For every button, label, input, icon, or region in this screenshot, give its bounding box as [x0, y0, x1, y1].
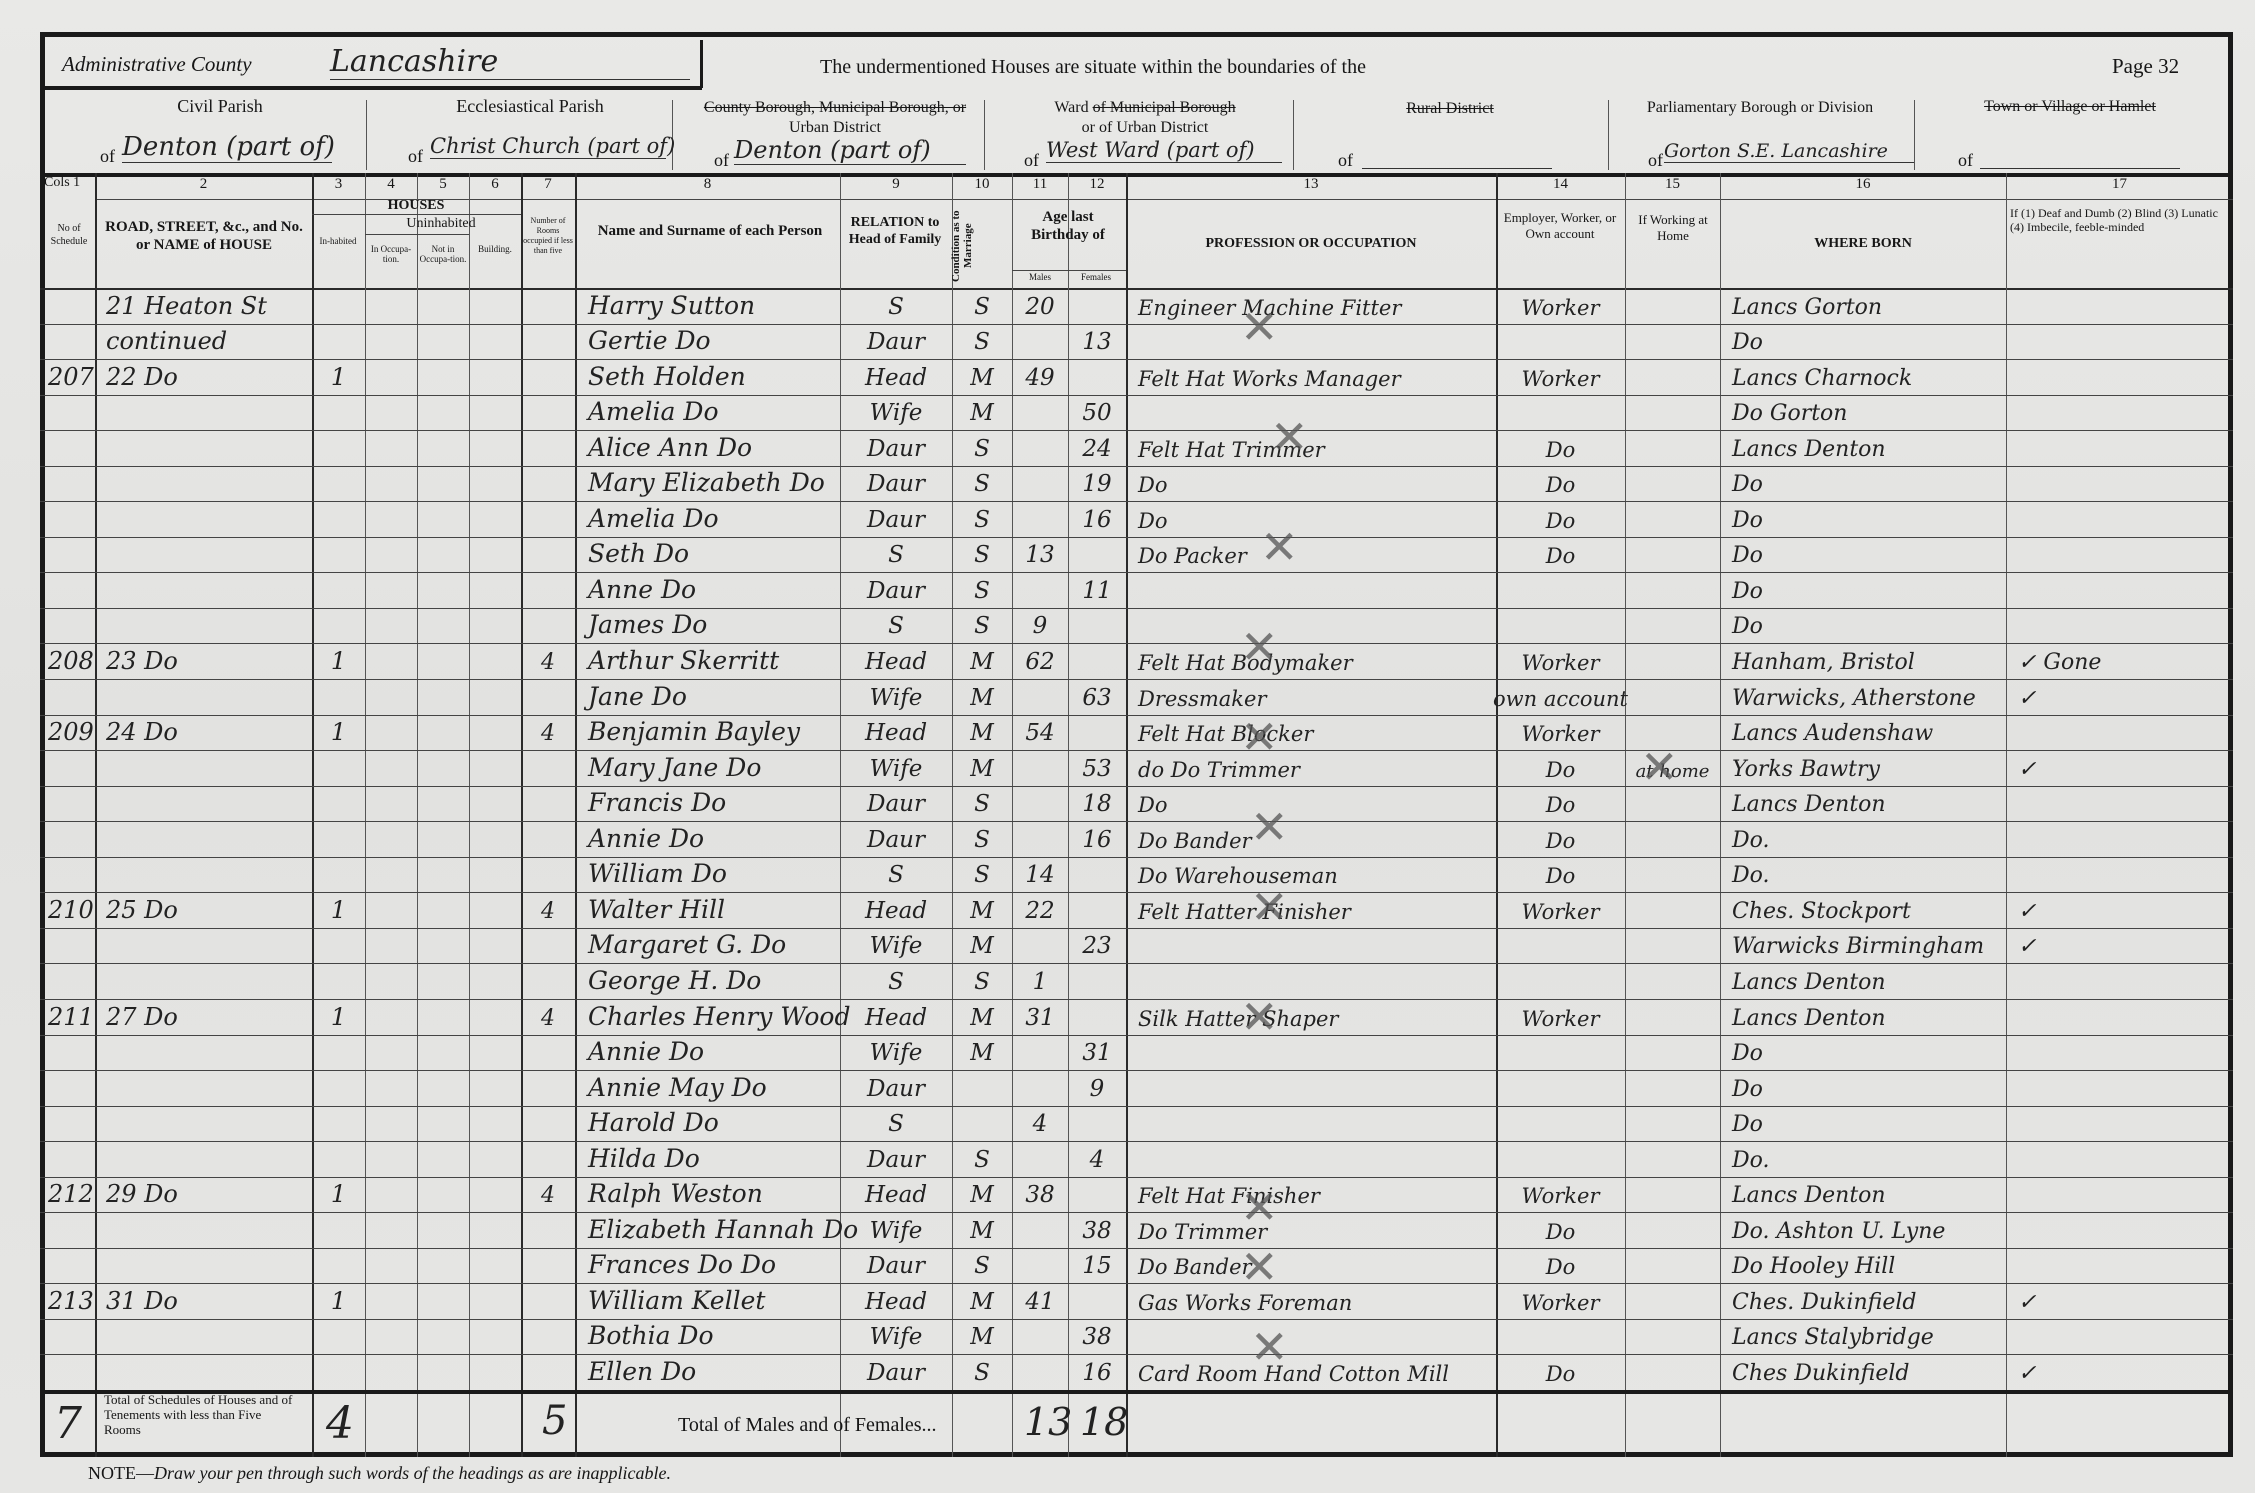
person-name: Charles Henry Wood: [580, 999, 840, 1035]
infirmity: [2010, 288, 2233, 324]
person-name: Annie Do: [580, 1035, 840, 1071]
male-age: [1012, 1354, 1068, 1390]
inhabited-count: [312, 1141, 365, 1177]
working-at-home: [1625, 572, 1720, 608]
admin-county-value: Lancashire: [330, 44, 690, 80]
birthplace: Do: [1724, 1106, 2006, 1142]
ward-value: West Ward (part of): [1046, 138, 1282, 163]
working-at-home: [1625, 1212, 1720, 1248]
relation: Daur: [840, 786, 952, 822]
road-address: [98, 466, 312, 502]
schedule-number: [40, 1106, 95, 1142]
working-at-home: at home: [1625, 750, 1720, 786]
infirmity: [2010, 359, 2233, 395]
person-name: Seth Do: [580, 537, 840, 573]
col-uninhabited-header: Uninhabited: [366, 216, 516, 232]
marital-condition: S: [952, 1354, 1012, 1390]
birthplace: Warwicks, Atherstone: [1724, 679, 2006, 715]
rooms-count: [521, 857, 575, 893]
column-number: 7: [521, 176, 575, 193]
infirmity: ✓: [2010, 928, 2233, 964]
road-address: [98, 1035, 312, 1071]
road-address: [98, 537, 312, 573]
female-age: 24: [1068, 430, 1126, 466]
schedule-number: [40, 679, 95, 715]
working-at-home: [1625, 501, 1720, 537]
male-age: [1012, 1070, 1068, 1106]
employer-status: [1496, 608, 1625, 644]
schedule-number: 213: [40, 1283, 95, 1319]
infirmity: [2010, 608, 2233, 644]
infirmity: [2010, 430, 2233, 466]
female-age: [1068, 288, 1126, 324]
employer-status: Worker: [1496, 643, 1625, 679]
male-age: 41: [1012, 1283, 1068, 1319]
relation: Daur: [840, 501, 952, 537]
working-at-home: [1625, 608, 1720, 644]
occupation: [1130, 324, 1496, 360]
relation: Wife: [840, 750, 952, 786]
relation: Head: [840, 715, 952, 751]
rooms-count: [521, 963, 575, 999]
employer-status: Worker: [1496, 359, 1625, 395]
female-age: [1068, 963, 1126, 999]
marital-condition: M: [952, 679, 1012, 715]
marital-condition: M: [952, 892, 1012, 928]
birthplace: Lancs Denton: [1724, 786, 2006, 822]
relation: Daur: [840, 572, 952, 608]
parliamentary-borough-value: Gorton S.E. Lancashire: [1664, 140, 1914, 163]
person-name: Amelia Do: [580, 395, 840, 431]
infirmity: [2010, 821, 2233, 857]
column-number: 5: [417, 176, 469, 193]
birthplace: Do: [1724, 324, 2006, 360]
person-name: James Do: [580, 608, 840, 644]
male-age: [1012, 395, 1068, 431]
birthplace: Do: [1724, 501, 2006, 537]
rooms-count: [521, 928, 575, 964]
female-age: 16: [1068, 1354, 1126, 1390]
birthplace: Do.: [1724, 857, 2006, 893]
relation: Daur: [840, 821, 952, 857]
ecclesiastical-parish-label: Ecclesiastical Parish: [410, 96, 650, 117]
total-schedules: 7: [54, 1398, 82, 1449]
column-number: 10: [952, 176, 1012, 193]
person-name: George H. Do: [580, 963, 840, 999]
urban-district-value: Denton (part of): [734, 136, 966, 165]
rooms-count: [521, 1248, 575, 1284]
birthplace: Do: [1724, 1070, 2006, 1106]
infirmity: [2010, 786, 2233, 822]
relation: Daur: [840, 466, 952, 502]
female-age: 16: [1068, 821, 1126, 857]
rooms-count: [521, 679, 575, 715]
birthplace: Lancs Stalybridge: [1724, 1319, 2006, 1355]
person-name: William Do: [580, 857, 840, 893]
marital-condition: S: [952, 324, 1012, 360]
male-age: [1012, 1248, 1068, 1284]
person-name: Anne Do: [580, 572, 840, 608]
infirmity: ✓ Gone: [2010, 643, 2233, 679]
marital-condition: M: [952, 643, 1012, 679]
road-address: 31 Do: [98, 1283, 312, 1319]
working-at-home: [1625, 1035, 1720, 1071]
inhabited-count: [312, 1070, 365, 1106]
female-age: 11: [1068, 572, 1126, 608]
birthplace: Do: [1724, 572, 2006, 608]
page-number: Page 32: [2112, 54, 2179, 79]
infirmity: [2010, 715, 2233, 751]
person-name: Francis Do: [580, 786, 840, 822]
person-name: Ellen Do: [580, 1354, 840, 1390]
working-at-home: [1625, 288, 1720, 324]
male-age: [1012, 501, 1068, 537]
marital-condition: S: [952, 1248, 1012, 1284]
female-age: [1068, 643, 1126, 679]
employer-status: Worker: [1496, 1283, 1625, 1319]
working-at-home: [1625, 1283, 1720, 1319]
female-age: 23: [1068, 928, 1126, 964]
boundaries-text: The undermentioned Houses are situate wi…: [820, 56, 1366, 79]
marital-condition: S: [952, 1141, 1012, 1177]
employer-status: Worker: [1496, 1177, 1625, 1213]
working-at-home: [1625, 395, 1720, 431]
infirmity: [2010, 1177, 2233, 1213]
working-at-home: [1625, 999, 1720, 1035]
road-address: [98, 1212, 312, 1248]
birthplace: Do: [1724, 1035, 2006, 1071]
schedule-number: [40, 1319, 95, 1355]
rooms-count: [521, 501, 575, 537]
parliamentary-borough-label: Parliamentary Borough or Division: [1640, 98, 1880, 118]
female-age: [1068, 359, 1126, 395]
col-infirmity-header: If (1) Deaf and Dumb (2) Blind (3) Lunat…: [2010, 206, 2225, 234]
occupation: Felt Hat Bodymaker: [1130, 643, 1496, 679]
male-age: 1: [1012, 963, 1068, 999]
schedule-number: [40, 572, 95, 608]
female-age: [1068, 537, 1126, 573]
person-name: Harold Do: [580, 1106, 840, 1142]
schedule-number: 207: [40, 359, 95, 395]
schedule-number: [40, 1035, 95, 1071]
inhabited-count: [312, 1035, 365, 1071]
rooms-count: [521, 359, 575, 395]
female-age: 18: [1068, 786, 1126, 822]
inhabited-count: [312, 857, 365, 893]
female-age: 15: [1068, 1248, 1126, 1284]
birthplace: Lancs Denton: [1724, 963, 2006, 999]
relation: Head: [840, 643, 952, 679]
relation: Daur: [840, 324, 952, 360]
male-age: [1012, 466, 1068, 502]
marital-condition: M: [952, 750, 1012, 786]
marital-condition: [952, 1106, 1012, 1142]
rooms-count: [521, 1035, 575, 1071]
occupation: [1130, 1319, 1496, 1355]
rooms-count: [521, 1070, 575, 1106]
total-schedules-label: Total of Schedules of Houses and of Tene…: [104, 1392, 300, 1437]
schedule-number: [40, 857, 95, 893]
employer-status: Worker: [1496, 288, 1625, 324]
road-address: continued: [98, 324, 312, 360]
schedule-number: [40, 821, 95, 857]
relation: Daur: [840, 1248, 952, 1284]
inhabited-count: [312, 430, 365, 466]
female-age: [1068, 999, 1126, 1035]
female-age: 31: [1068, 1035, 1126, 1071]
working-at-home: [1625, 1070, 1720, 1106]
inhabited-count: [312, 750, 365, 786]
occupation: [1130, 572, 1496, 608]
marital-condition: S: [952, 572, 1012, 608]
working-at-home: [1625, 1248, 1720, 1284]
relation: Head: [840, 999, 952, 1035]
working-at-home: [1625, 715, 1720, 751]
person-name: Elizabeth Hannah Do: [580, 1212, 840, 1248]
infirmity: ✓: [2010, 892, 2233, 928]
employer-status: Do: [1496, 1248, 1625, 1284]
inhabited-count: [312, 466, 365, 502]
female-age: [1068, 857, 1126, 893]
birthplace: Do: [1724, 466, 2006, 502]
rooms-count: [521, 430, 575, 466]
schedule-number: [40, 1212, 95, 1248]
column-number: 4: [365, 176, 417, 193]
male-age: [1012, 324, 1068, 360]
col-born-header: WHERE BORN: [1720, 236, 2006, 252]
relation: Wife: [840, 928, 952, 964]
female-age: 50: [1068, 395, 1126, 431]
infirmity: ✓: [2010, 750, 2233, 786]
road-address: [98, 1141, 312, 1177]
inhabited-count: [312, 537, 365, 573]
footnote: NOTE—Draw your pen through such words of…: [88, 1463, 671, 1484]
road-address: [98, 572, 312, 608]
employer-status: Do: [1496, 430, 1625, 466]
male-age: 31: [1012, 999, 1068, 1035]
female-age: 63: [1068, 679, 1126, 715]
column-number: 2: [95, 176, 312, 193]
female-age: 38: [1068, 1212, 1126, 1248]
person-name: Bothia Do: [580, 1319, 840, 1355]
road-address: 21 Heaton St: [98, 288, 312, 324]
inhabited-count: [312, 1212, 365, 1248]
working-at-home: [1625, 1177, 1720, 1213]
birthplace: Ches Dukinfield: [1724, 1354, 2006, 1390]
relation: Wife: [840, 395, 952, 431]
rooms-count: [521, 1212, 575, 1248]
working-at-home: [1625, 430, 1720, 466]
male-age: 22: [1012, 892, 1068, 928]
civil-parish-value: Denton (part of): [122, 132, 332, 163]
rooms-count: 4: [521, 892, 575, 928]
occupation: Do: [1130, 786, 1496, 822]
birthplace: Do Gorton: [1724, 395, 2006, 431]
infirmity: ✓: [2010, 679, 2233, 715]
person-name: Annie Do: [580, 821, 840, 857]
working-at-home: [1625, 1354, 1720, 1390]
occupation: Do: [1130, 501, 1496, 537]
inhabited-count: 1: [312, 359, 365, 395]
marital-condition: S: [952, 430, 1012, 466]
male-age: [1012, 1212, 1068, 1248]
road-address: 27 Do: [98, 999, 312, 1035]
person-name: Walter Hill: [580, 892, 840, 928]
employer-status: Do: [1496, 750, 1625, 786]
column-number: 6: [469, 176, 521, 193]
road-address: [98, 679, 312, 715]
employer-status: Worker: [1496, 892, 1625, 928]
schedule-number: [40, 430, 95, 466]
birthplace: Do: [1724, 537, 2006, 573]
rooms-count: [521, 537, 575, 573]
marital-condition: M: [952, 1035, 1012, 1071]
birthplace: Lancs Denton: [1724, 999, 2006, 1035]
rural-district-label: Rural District: [1340, 100, 1560, 118]
relation: Daur: [840, 1141, 952, 1177]
person-name: Gertie Do: [580, 324, 840, 360]
schedule-number: [40, 786, 95, 822]
col-employer-header: Employer, Worker, or Own account: [1496, 210, 1624, 242]
occupation: Silk Hatter Shaper: [1130, 999, 1496, 1035]
inhabited-count: 1: [312, 892, 365, 928]
birthplace: Lancs Denton: [1724, 430, 2006, 466]
road-address: [98, 1070, 312, 1106]
birthplace: Do. Ashton U. Lyne: [1724, 1212, 2006, 1248]
rooms-count: [521, 750, 575, 786]
infirmity: [2010, 1141, 2233, 1177]
female-age: 9: [1068, 1070, 1126, 1106]
inhabited-count: [312, 1248, 365, 1284]
female-age: 4: [1068, 1141, 1126, 1177]
working-at-home: [1625, 1319, 1720, 1355]
male-age: 20: [1012, 288, 1068, 324]
inhabited-count: [312, 1354, 365, 1390]
male-age: [1012, 1319, 1068, 1355]
schedule-number: [40, 324, 95, 360]
male-age: [1012, 1035, 1068, 1071]
working-at-home: [1625, 1141, 1720, 1177]
road-address: 29 Do: [98, 1177, 312, 1213]
occupation: [1130, 1070, 1496, 1106]
occupation: Dressmaker: [1130, 679, 1496, 715]
person-name: Annie May Do: [580, 1070, 840, 1106]
marital-condition: M: [952, 715, 1012, 751]
column-number: 12: [1068, 176, 1126, 193]
infirmity: [2010, 1070, 2233, 1106]
rooms-count: 4: [521, 999, 575, 1035]
inhabited-count: 1: [312, 1177, 365, 1213]
relation: S: [840, 288, 952, 324]
birthplace: Lancs Charnock: [1724, 359, 2006, 395]
column-number: 16: [1720, 176, 2006, 193]
birthplace: Lancs Audenshaw: [1724, 715, 2006, 751]
inhabited-count: [312, 1106, 365, 1142]
male-age: 62: [1012, 643, 1068, 679]
road-address: [98, 395, 312, 431]
marital-condition: S: [952, 288, 1012, 324]
marital-condition: S: [952, 857, 1012, 893]
marital-condition: M: [952, 1212, 1012, 1248]
schedule-number: 209: [40, 715, 95, 751]
occupation: Engineer Machine Fitter: [1130, 288, 1496, 324]
occupation: Do Packer: [1130, 537, 1496, 573]
marital-condition: [952, 1070, 1012, 1106]
female-age: [1068, 1283, 1126, 1319]
town-village-label: Town or Village or Hamlet: [1940, 98, 2200, 116]
male-age: 13: [1012, 537, 1068, 573]
female-age: [1068, 892, 1126, 928]
ward-label: Ward of Municipal Boroughor of Urban Dis…: [1000, 98, 1290, 138]
female-age: 38: [1068, 1319, 1126, 1355]
road-address: [98, 963, 312, 999]
col-schedule-header: No of Schedule: [44, 222, 94, 248]
person-name: Alice Ann Do: [580, 430, 840, 466]
schedule-number: [40, 466, 95, 502]
employer-status: Do: [1496, 466, 1625, 502]
occupation: Felt Hat Blocker: [1130, 715, 1496, 751]
schedule-number: [40, 1070, 95, 1106]
ecclesiastical-parish-value: Christ Church (part of): [430, 134, 666, 159]
road-address: [98, 1319, 312, 1355]
employer-status: [1496, 1319, 1625, 1355]
total-males: 13: [1024, 1400, 1072, 1444]
inhabited-count: [312, 608, 365, 644]
occupation: [1130, 608, 1496, 644]
marital-condition: S: [952, 963, 1012, 999]
occupation: [1130, 928, 1496, 964]
employer-status: Do: [1496, 537, 1625, 573]
road-address: [98, 857, 312, 893]
female-age: 16: [1068, 501, 1126, 537]
marital-condition: S: [952, 821, 1012, 857]
marital-condition: S: [952, 501, 1012, 537]
rooms-count: [521, 395, 575, 431]
road-address: [98, 928, 312, 964]
admin-box-bottom: [40, 86, 702, 90]
rooms-count: 4: [521, 715, 575, 751]
infirmity: ✓: [2010, 1354, 2233, 1390]
infirmity: [2010, 963, 2233, 999]
schedule-number: [40, 537, 95, 573]
relation: Wife: [840, 1035, 952, 1071]
employer-status: Do: [1496, 1354, 1625, 1390]
male-age: [1012, 786, 1068, 822]
rooms-count: [521, 466, 575, 502]
col-name-header: Name and Surname of each Person: [590, 222, 830, 241]
female-age: [1068, 1177, 1126, 1213]
rooms-count: 4: [521, 643, 575, 679]
infirmity: [2010, 857, 2233, 893]
female-age: 19: [1068, 466, 1126, 502]
census-sheet: Administrative County Lancashire The und…: [0, 0, 2255, 1493]
admin-county-label: Administrative County: [62, 52, 252, 77]
schedule-number: 211: [40, 999, 95, 1035]
inhabited-count: [312, 928, 365, 964]
birthplace: Lancs Denton: [1724, 1177, 2006, 1213]
working-at-home: [1625, 324, 1720, 360]
schedule-number: [40, 750, 95, 786]
schedule-number: [40, 395, 95, 431]
inhabited-count: [312, 963, 365, 999]
column-number: 17: [2006, 176, 2233, 193]
occupation: Felt Hat Works Manager: [1130, 359, 1496, 395]
person-name: Arthur Skerritt: [580, 643, 840, 679]
person-name: Mary Elizabeth Do: [580, 466, 840, 502]
male-age: 4: [1012, 1106, 1068, 1142]
occupation: do Do Trimmer: [1130, 750, 1496, 786]
female-age: [1068, 715, 1126, 751]
